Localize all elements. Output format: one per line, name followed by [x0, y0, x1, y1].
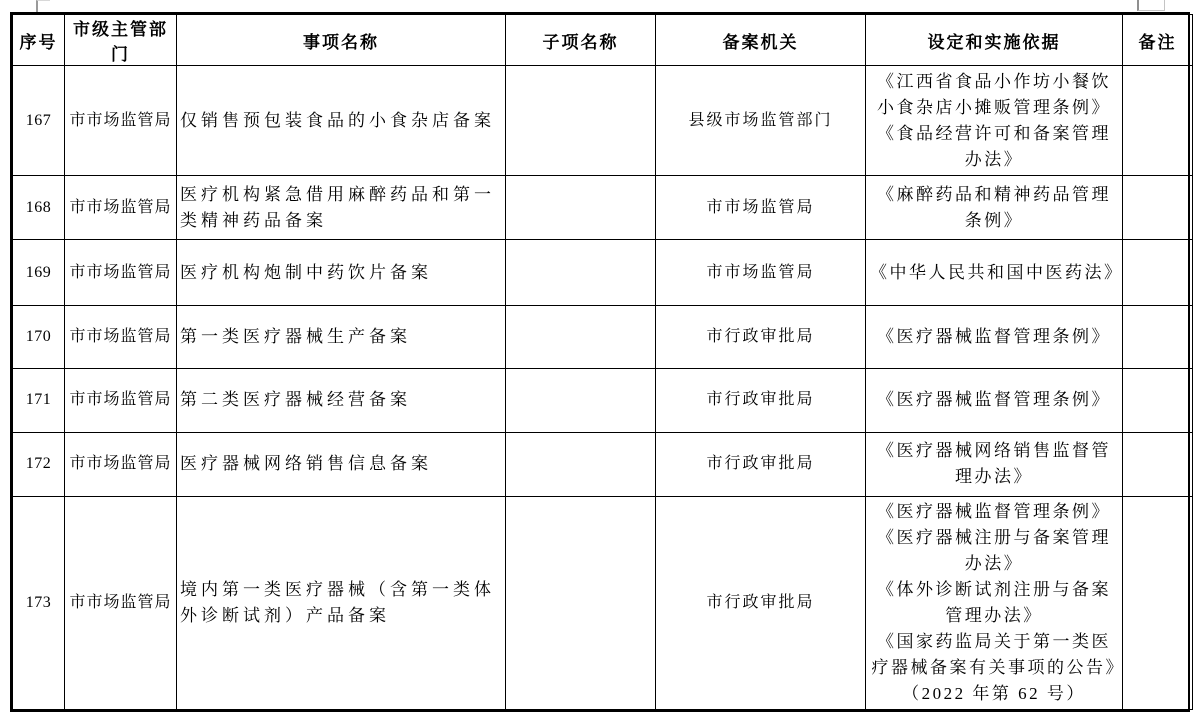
cell-filing-authority: 市行政审批局: [656, 432, 866, 496]
cell-department: 市市场监管局: [65, 432, 177, 496]
cell-serial: 167: [13, 66, 65, 176]
cell-item-name: 第二类医疗器械经营备案: [177, 369, 506, 432]
cell-filing-authority: 市行政审批局: [656, 496, 866, 709]
cell-remarks: [1123, 369, 1193, 432]
table-row: 168 市市场监管局 医疗机构紧急借用麻醉药品和第一类精神药品备案 市市场监管局…: [13, 176, 1193, 240]
cell-serial: 168: [13, 176, 65, 240]
col-header-remarks: 备注: [1123, 15, 1193, 66]
cell-item-name: 医疗机构炮制中药饮片备案: [177, 240, 506, 306]
cell-legal-basis: 《医疗器械监督管理条例》: [866, 306, 1123, 369]
cell-legal-basis: 《麻醉药品和精神药品管理条例》: [866, 176, 1123, 240]
table-row: 173 市市场监管局 境内第一类医疗器械（含第一类体外诊断试剂）产品备案 市行政…: [13, 496, 1193, 709]
cell-filing-authority: 市市场监管局: [656, 176, 866, 240]
cell-serial: 170: [13, 306, 65, 369]
document-page: 序号 市级主管部门 事项名称 子项名称 备案机关 设定和实施依据 备注 167 …: [0, 0, 1198, 719]
cell-remarks: [1123, 66, 1193, 176]
cell-remarks: [1123, 306, 1193, 369]
table-row: 169 市市场监管局 医疗机构炮制中药饮片备案 市市场监管局 《中华人民共和国中…: [13, 240, 1193, 306]
col-header-subitem-name: 子项名称: [506, 15, 656, 66]
cell-remarks: [1123, 432, 1193, 496]
cell-subitem-name: [506, 496, 656, 709]
col-header-serial: 序号: [13, 15, 65, 66]
cell-department: 市市场监管局: [65, 306, 177, 369]
cell-item-name: 境内第一类医疗器械（含第一类体外诊断试剂）产品备案: [177, 496, 506, 709]
cell-filing-authority: 市行政审批局: [656, 369, 866, 432]
col-header-department: 市级主管部门: [65, 15, 177, 66]
cell-subitem-name: [506, 240, 656, 306]
cell-department: 市市场监管局: [65, 240, 177, 306]
table-row: 171 市市场监管局 第二类医疗器械经营备案 市行政审批局 《医疗器械监督管理条…: [13, 369, 1193, 432]
cell-remarks: [1123, 240, 1193, 306]
cell-item-name: 医疗机构紧急借用麻醉药品和第一类精神药品备案: [177, 176, 506, 240]
cell-subitem-name: [506, 66, 656, 176]
cell-subitem-name: [506, 306, 656, 369]
cell-serial: 172: [13, 432, 65, 496]
table-row: 172 市市场监管局 医疗器械网络销售信息备案 市行政审批局 《医疗器械网络销售…: [13, 432, 1193, 496]
cell-serial: 171: [13, 369, 65, 432]
cell-serial: 173: [13, 496, 65, 709]
cell-legal-basis: 《医疗器械监督管理条例》 《医疗器械注册与备案管理办法》 《体外诊断试剂注册与备…: [866, 496, 1123, 709]
filing-items-table: 序号 市级主管部门 事项名称 子项名称 备案机关 设定和实施依据 备注 167 …: [12, 14, 1193, 710]
cell-remarks: [1123, 496, 1193, 709]
cell-filing-authority: 市市场监管局: [656, 240, 866, 306]
table-row: 170 市市场监管局 第一类医疗器械生产备案 市行政审批局 《医疗器械监督管理条…: [13, 306, 1193, 369]
header-row: 序号 市级主管部门 事项名称 子项名称 备案机关 设定和实施依据 备注: [13, 15, 1193, 66]
cell-legal-basis: 《医疗器械监督管理条例》: [866, 369, 1123, 432]
cell-legal-basis: 《中华人民共和国中医药法》: [866, 240, 1123, 306]
cell-department: 市市场监管局: [65, 369, 177, 432]
cell-item-name: 仅销售预包装食品的小食杂店备案: [177, 66, 506, 176]
table-row: 167 市市场监管局 仅销售预包装食品的小食杂店备案 县级市场监管部门 《江西省…: [13, 66, 1193, 176]
ruler-artifact-right: [1137, 0, 1165, 11]
col-header-filing-authority: 备案机关: [656, 15, 866, 66]
col-header-item-name: 事项名称: [177, 15, 506, 66]
col-header-legal-basis: 设定和实施依据: [866, 15, 1123, 66]
cell-subitem-name: [506, 176, 656, 240]
cell-legal-basis: 《医疗器械网络销售监督管理办法》: [866, 432, 1123, 496]
cell-item-name: 医疗器械网络销售信息备案: [177, 432, 506, 496]
cell-department: 市市场监管局: [65, 66, 177, 176]
cell-subitem-name: [506, 432, 656, 496]
table-frame: 序号 市级主管部门 事项名称 子项名称 备案机关 设定和实施依据 备注 167 …: [10, 12, 1190, 712]
cell-department: 市市场监管局: [65, 176, 177, 240]
cell-item-name: 第一类医疗器械生产备案: [177, 306, 506, 369]
cell-department: 市市场监管局: [65, 496, 177, 709]
cell-filing-authority: 市行政审批局: [656, 306, 866, 369]
cell-remarks: [1123, 176, 1193, 240]
cell-serial: 169: [13, 240, 65, 306]
cell-legal-basis: 《江西省食品小作坊小餐饮小食杂店小摊贩管理条例》 《食品经营许可和备案管理办法》: [866, 66, 1123, 176]
cell-subitem-name: [506, 369, 656, 432]
cell-filing-authority: 县级市场监管部门: [656, 66, 866, 176]
